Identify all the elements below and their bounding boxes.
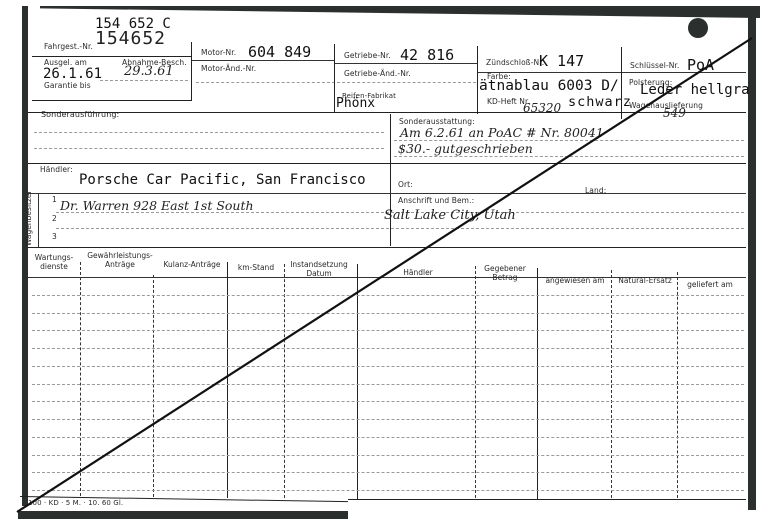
cancel-diagonal-stroke [0,0,768,526]
